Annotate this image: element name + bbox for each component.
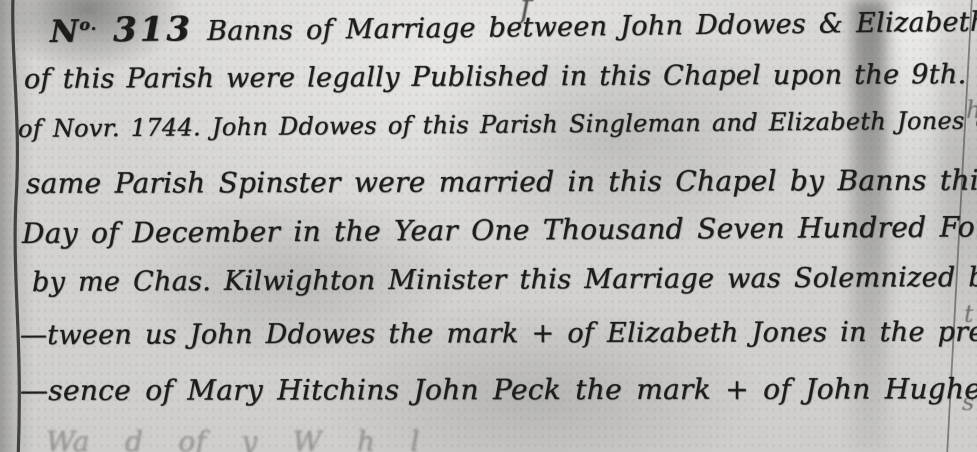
left-margin-rule-line bbox=[13, 0, 20, 452]
register-line-4: same Parish Spinster were married in thi… bbox=[26, 165, 977, 198]
faint-partial-line: Wa d of y W h l bbox=[46, 427, 420, 452]
entry-number-letter: N bbox=[50, 14, 80, 50]
register-line-6: by me Chas. Kilwighton Minister this Mar… bbox=[32, 264, 977, 298]
adjacent-column-text-fragment: t bbox=[964, 300, 974, 328]
register-line-2: of this Parish were legally Published in… bbox=[24, 61, 977, 95]
adjacent-column-text-fragment: h bbox=[966, 96, 977, 124]
adjacent-column-text-fragment: s bbox=[962, 388, 974, 416]
register-page-scan: f No. 313Banns of Marriage between John … bbox=[0, 0, 977, 452]
register-line-5: Day of December in the Year One Thousand… bbox=[22, 212, 977, 249]
register-line-7: —tween us John Ddowes the mark + of Eliz… bbox=[20, 319, 977, 351]
entry-number-digits: 313 bbox=[113, 9, 193, 50]
register-line-8: —sence of Mary Hitchins John Peck the ma… bbox=[20, 374, 977, 405]
entry-number: No. 313 bbox=[50, 12, 194, 50]
entry-number-superscript: o. bbox=[79, 15, 97, 34]
